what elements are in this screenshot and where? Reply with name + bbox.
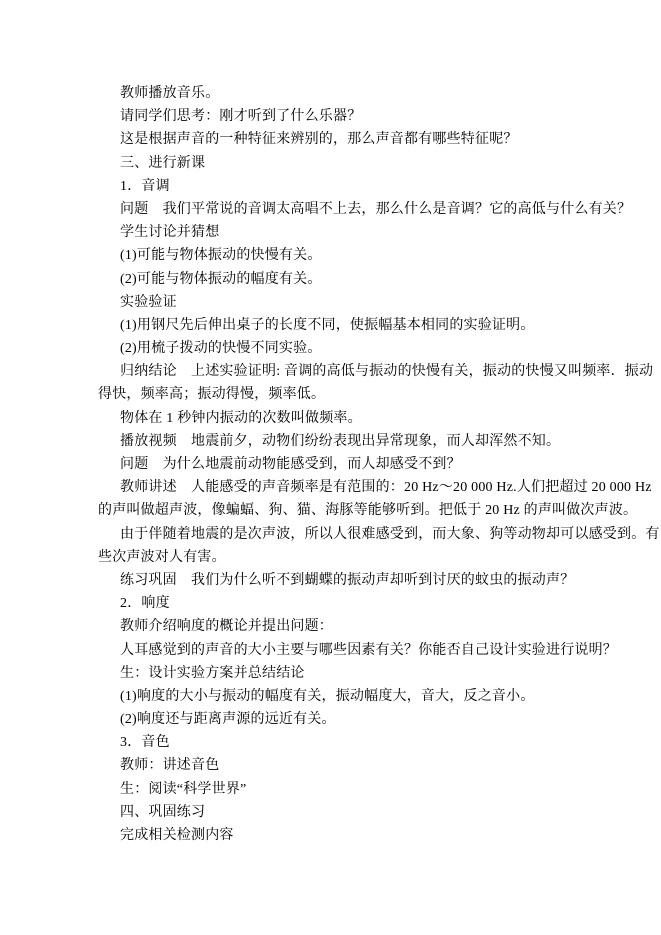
doc-line: (2)用梳子拨动的快慢不同实验。 bbox=[0, 337, 661, 360]
doc-line: 归纳结论 上述实验证明: 音调的高低与振动的快慢有关，振动的快慢又叫频率．振动 bbox=[0, 360, 661, 383]
doc-line: (1)用钢尺先后伸出桌子的长度不同，使振幅基本相同的实验证明。 bbox=[0, 314, 661, 337]
doc-line: 练习巩固 我们为什么听不到蝴蝶的振动声却听到讨厌的蚊虫的振动声？ bbox=[0, 569, 661, 592]
doc-line: (1)可能与物体振动的快慢有关。 bbox=[0, 244, 661, 267]
section-heading-consolidation: 四、巩固练习 bbox=[0, 801, 661, 824]
doc-line: (2)可能与物体振动的幅度有关。 bbox=[0, 268, 661, 291]
doc-line: 教师：讲述音色 bbox=[0, 754, 661, 777]
doc-line: (1)响度的大小与振动的幅度有关，振动幅度大，音大，反之音小。 bbox=[0, 685, 661, 708]
doc-line: 人耳感觉到的声音的大小主要与哪些因素有关？你能否自己设计实验进行说明？ bbox=[0, 639, 661, 662]
doc-line: 由于伴随着地震的是次声波，所以人很难感受到，而大象、狗等动物却可以感受到。有 bbox=[0, 523, 661, 546]
doc-line: 教师讲述 人能感受的声音频率是有范围的：20 Hz～20 000 Hz.人们把超… bbox=[0, 476, 661, 499]
subsection-heading-timbre: 3．音色 bbox=[0, 731, 661, 754]
document-page: 教师播放音乐。 请同学们思考：刚才听到了什么乐器？ 这是根据声音的一种特征来辨别… bbox=[0, 0, 661, 935]
section-heading-new-lesson: 三、进行新课 bbox=[0, 152, 661, 175]
doc-line: 教师播放音乐。 bbox=[0, 82, 661, 105]
doc-line: 这是根据声音的一种特征来辨别的，那么声音都有哪些特征呢？ bbox=[0, 128, 661, 151]
doc-line: 生：阅读“科学世界” bbox=[0, 778, 661, 801]
doc-line-continuation: 的声叫做超声波，像蝙蝠、狗、猫、海豚等能够听到。把低于 20 Hz 的声叫做次声… bbox=[0, 499, 661, 522]
doc-line: 物体在 1 秒钟内振动的次数叫做频率。 bbox=[0, 407, 661, 430]
doc-line: 播放视频 地震前夕，动物们纷纷表现出异常现象，而人却浑然不知。 bbox=[0, 430, 661, 453]
doc-line: 请同学们思考：刚才听到了什么乐器？ bbox=[0, 105, 661, 128]
document-body: 教师播放音乐。 请同学们思考：刚才听到了什么乐器？ 这是根据声音的一种特征来辨别… bbox=[0, 82, 661, 847]
subsection-heading-loudness: 2．响度 bbox=[0, 592, 661, 615]
doc-line-continuation: 些次声波对人有害。 bbox=[0, 546, 661, 569]
subsection-heading-pitch: 1．音调 bbox=[0, 175, 661, 198]
doc-line: (2)响度还与距离声源的远近有关。 bbox=[0, 708, 661, 731]
doc-line: 问题 为什么地震前动物能感受到，而人却感受不到？ bbox=[0, 453, 661, 476]
doc-line: 完成相关检测内容 bbox=[0, 824, 661, 847]
doc-line-continuation: 得快，频率高；振动得慢，频率低。 bbox=[0, 383, 661, 406]
doc-line: 教师介绍响度的概论并提出问题： bbox=[0, 615, 661, 638]
doc-line: 学生讨论并猜想 bbox=[0, 221, 661, 244]
doc-line: 问题 我们平常说的音调太高唱不上去，那么什么是音调？它的高低与什么有关？ bbox=[0, 198, 661, 221]
doc-line: 实验验证 bbox=[0, 291, 661, 314]
doc-line: 生：设计实验方案并总结结论 bbox=[0, 662, 661, 685]
